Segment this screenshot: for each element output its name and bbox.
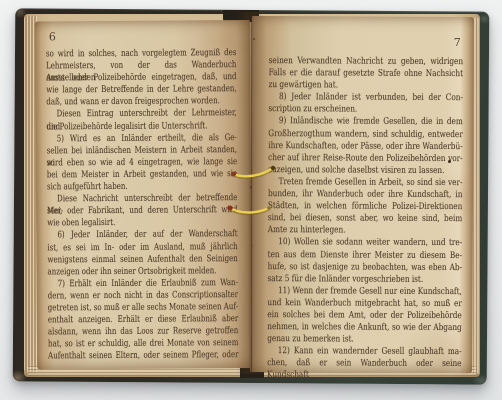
paper-speck: [251, 245, 253, 247]
text-line: genau zu bemerken ist.: [267, 333, 461, 346]
text-line: und kein Wanderbuch mitgebracht hat, so …: [267, 297, 461, 310]
text-line: 11) Wenn der fremde Gesell nur eine Kund…: [267, 285, 461, 298]
ink-dot: [448, 160, 451, 163]
text-line: Treten fremde Gesellen in Arbeit, so sin…: [268, 176, 462, 189]
page-right: 7 seinen Verwandten Nachricht zu geben, …: [250, 16, 474, 373]
binding-thread-top: [230, 162, 276, 182]
text-line: Falls er die darauf gesetzte Strafe ohne…: [269, 67, 463, 80]
text-line: Aufenthalt seinen Eltern, oder seinem Pf…: [48, 349, 238, 362]
text-line: 12) Kann ein wandernder Gesell glaubhaft…: [267, 345, 461, 358]
gutter-shadow: [236, 12, 266, 374]
text-line: ist, es sei im In- oder im Ausland, muß …: [47, 241, 237, 254]
text-line: scription zu erscheinen.: [268, 103, 462, 116]
text-line: wenigstens einmal seinen Aufenthalt den …: [47, 253, 237, 266]
text-line: seinen Verwandten Nachricht zu geben, wi…: [269, 55, 463, 68]
text-line: 10) Wollen sie sodann weiter wandern, un…: [268, 236, 462, 249]
text-line: ein solches bei dem Amt, oder der Polize…: [267, 309, 461, 322]
text-line: bunden, ihr Wanderbuch oder ihre Kundsch…: [268, 188, 462, 201]
text-line: ster, oder Fabrikant, und deren Untersch…: [47, 204, 237, 217]
text-line: ten aus dem Dienste ihrer Meister zu die…: [268, 249, 462, 262]
text-line: chen, daß er sein Wanderbuch oder seine …: [267, 357, 461, 370]
text-line: 5) Wird es an Inländer ertheilt, die als…: [47, 132, 237, 145]
paper-speck: [253, 38, 255, 40]
text-line: anzeigen oder ihn seiner Ortsobrigkeit m…: [47, 265, 237, 278]
page-number-right: 7: [454, 36, 461, 49]
text-line: hufe, so ist dasjenige zu beobachten, wa…: [268, 261, 462, 274]
text-line: Großherzogthum wandern, sind schuldig, e…: [268, 128, 462, 141]
page-left: 6 so wird in solches, nach vorgelegtem Z…: [35, 20, 252, 369]
text-line: zuzeigen, und solche daselbst visiren zu…: [268, 164, 462, 177]
page-right-text: seinen Verwandten Nachricht zu geben, wi…: [267, 55, 463, 370]
page-number-left: 6: [49, 30, 56, 43]
text-line: Städten, in welchen förmliche Polizei-Di…: [268, 200, 462, 213]
text-line: 8) Jeder Inländer ist verbunden, bei der…: [268, 91, 462, 104]
binding-thread-bottom: [226, 199, 272, 219]
text-line: 9) Inländische wie fremde Gesellen, die …: [268, 116, 462, 129]
text-line: cher auf ihrer Reise-Route den Polizeibe…: [268, 152, 462, 165]
text-line: nehmen, in welches die Ankunft, so wie d…: [267, 321, 461, 334]
text-line: satz 5 für die Inländer vorgeschrieben i…: [268, 273, 462, 286]
text-line: Diesen Eintrag unterschreibt der Lehrmei…: [46, 108, 236, 121]
text-line: Amte zu hinterlegen.: [268, 224, 462, 237]
text-line: sellen bei inländischen Meistern in Arbe…: [47, 144, 237, 157]
text-line: sind, bei diesen, sonst aber, wo keine s…: [268, 212, 462, 225]
text-line: 6) Jeder Inländer, der auf der Wandersch…: [47, 229, 237, 242]
paper-speck: [250, 186, 252, 189]
photo-of-open-book: 6 so wird in solches, nach vorgelegtem Z…: [0, 0, 502, 400]
text-line: zu gewärtigen hat.: [269, 79, 463, 92]
text-line: ihre Kundschaften, oder Pässe, oder ihre…: [268, 140, 462, 153]
text-line: bei dem Meister in Arbeit gestanden, und…: [47, 168, 237, 181]
page-left-text: so wird in solches, nach vorgelegtem Zeu…: [46, 47, 239, 363]
